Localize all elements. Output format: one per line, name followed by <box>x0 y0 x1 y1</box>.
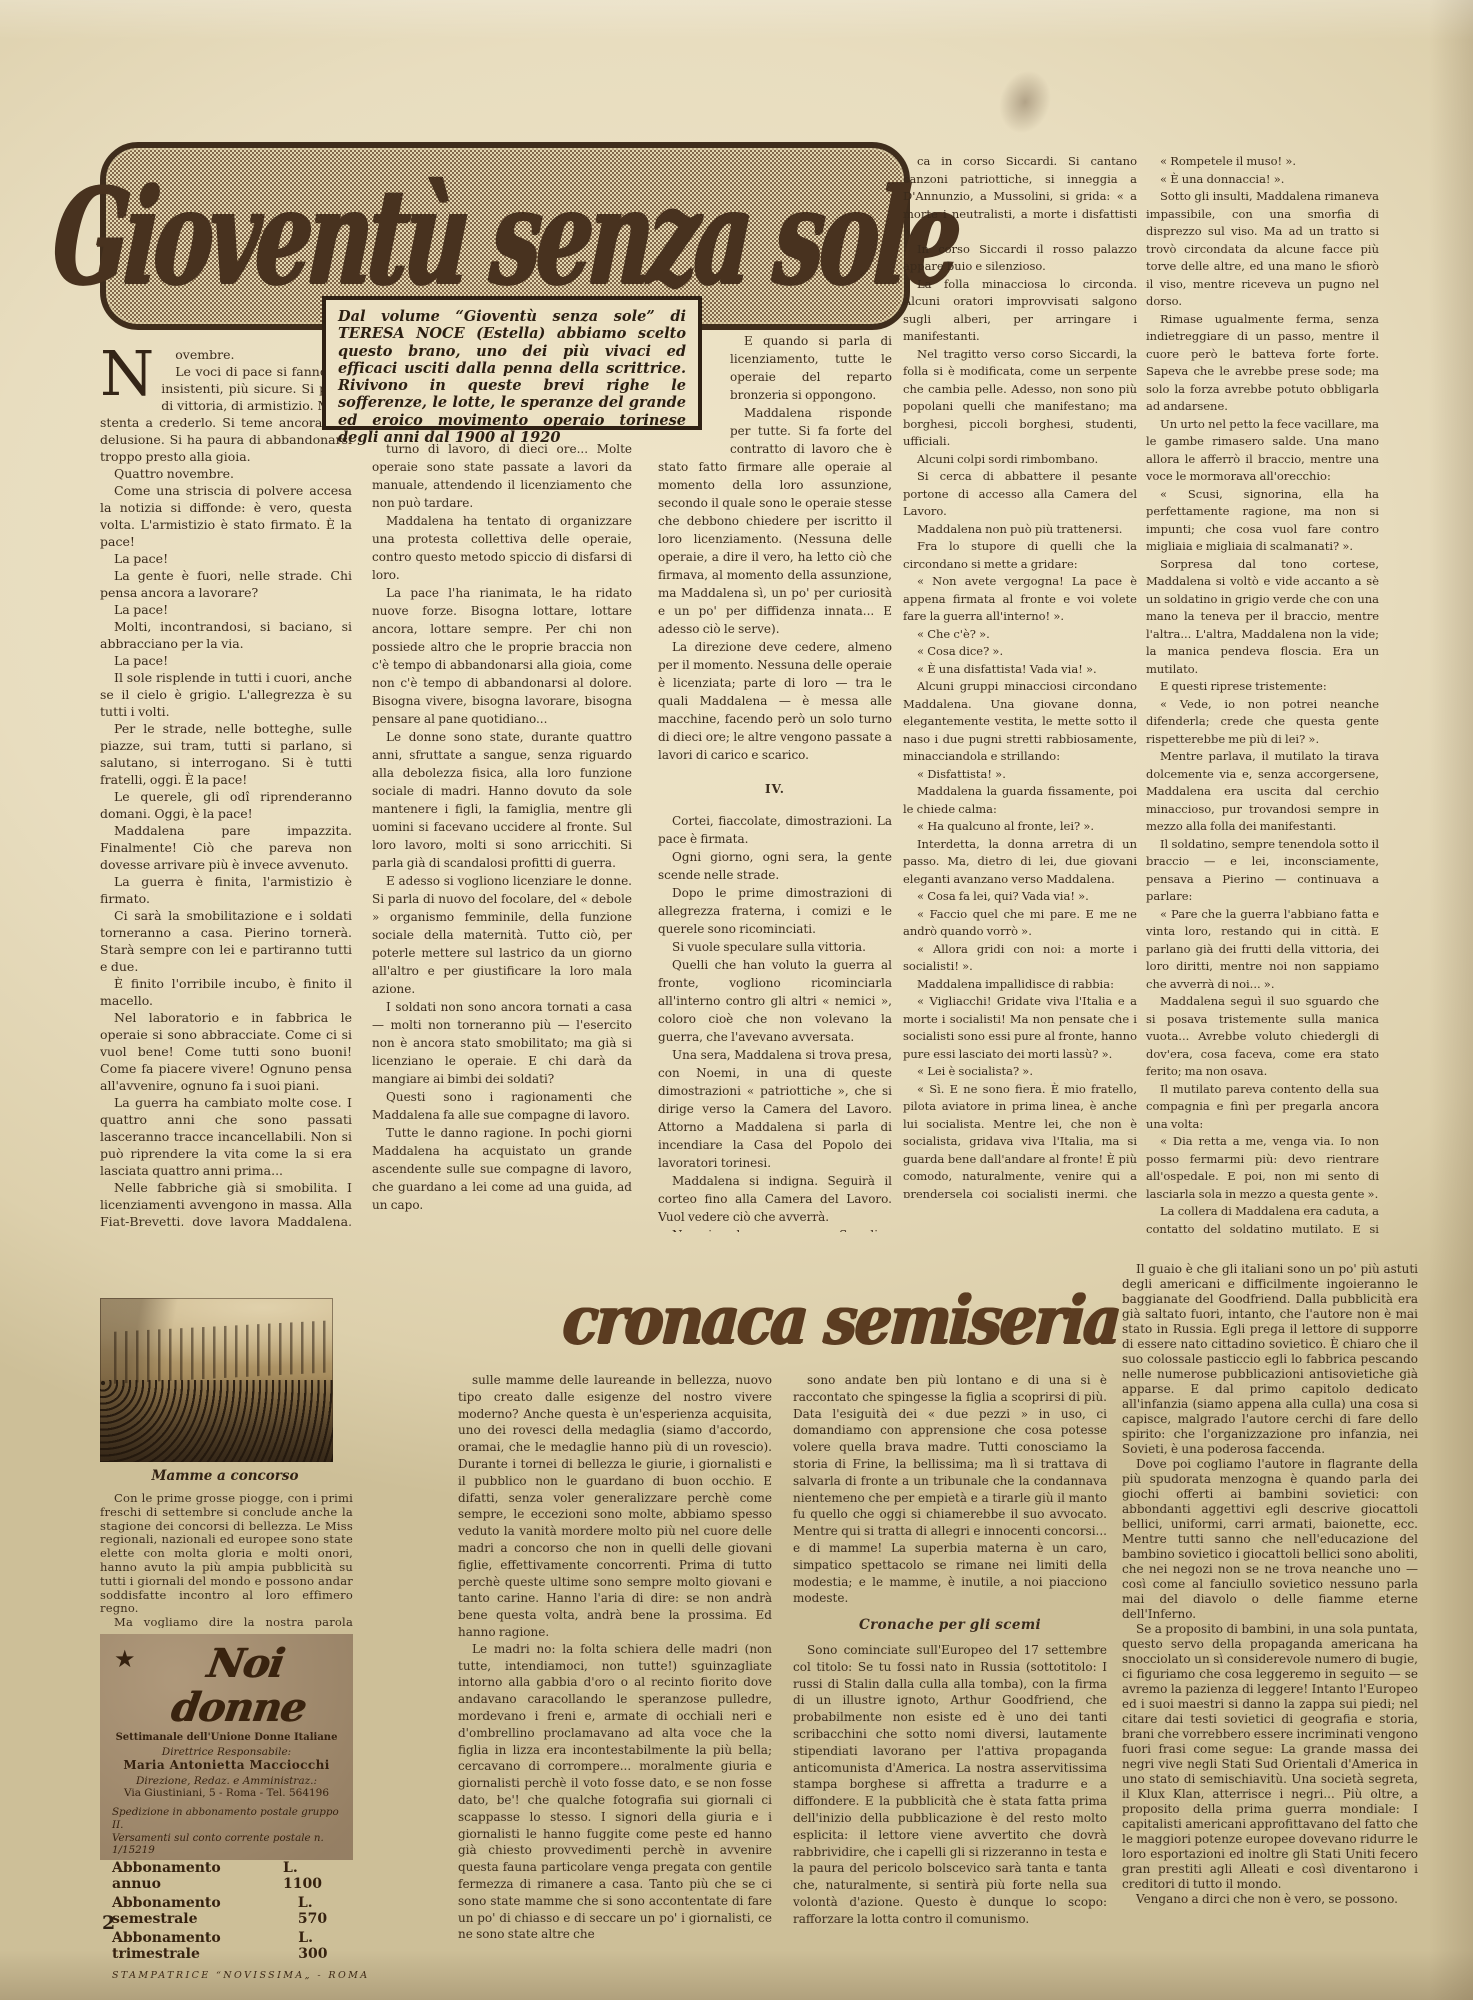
ad-header: ★ Noi donne <box>112 1642 341 1730</box>
ink-smudge <box>991 64 1058 140</box>
article-column-5-text: « Rompetele il muso! ».« È una donnaccia… <box>1146 153 1379 1238</box>
subscription-row: Abbonamento trimestrale L. 300 <box>112 1930 341 1962</box>
article-column-3-text-bottom: Cortei, fiaccolate, dimostrazioni. La pa… <box>658 812 892 1232</box>
article-title: Gioventù senza sole <box>48 158 961 314</box>
cronaca-column-2: sulle mamme delle laureande in bellezza,… <box>458 1372 772 1974</box>
article-column-4-text: ca in corso Siccardi. Si cantano canzoni… <box>903 153 1137 1198</box>
intro-text: Dal volume “Gioventù senza sole” di TERE… <box>338 308 686 446</box>
subscription-price: L. 1100 <box>283 1860 341 1892</box>
subscription-label: Abbonamento semestrale <box>112 1895 288 1927</box>
page-number: 2 <box>102 1912 115 1934</box>
scanned-magazine-page: { "page": { "number": "2" }, "article": … <box>0 0 1473 2000</box>
cronaca-column-1: Con le prime grosse piogge, con i primi … <box>100 1492 353 1628</box>
article-column-4: ca in corso Siccardi. Si cantano canzoni… <box>903 153 1137 1198</box>
cronaca-column-3-text-bottom: Sono cominciate sull'Europeo del 17 sett… <box>793 1642 1107 1928</box>
ad-printer-line: STAMPATRICE “NOVISSIMA„ - ROMA <box>112 1970 341 1981</box>
ad-postal-line-1: Spedizione in abbonamento postale gruppo… <box>112 1806 341 1832</box>
beauty-contest-photo <box>100 1298 333 1462</box>
cronaca-title-banner: cronaca semiseria <box>548 1280 1134 1360</box>
subscription-row: Abbonamento semestrale L. 570 <box>112 1895 341 1927</box>
article-column-5: « Rompetele il muso! ».« È una donnaccia… <box>1146 153 1379 1238</box>
ad-postal-line-2: Versamenti sul conto corrente postale n.… <box>112 1832 341 1858</box>
cronaca-column-3: sono andate ben più lontano e di una si … <box>793 1372 1107 1974</box>
star-icon: ★ <box>114 1646 136 1672</box>
noi-donne-ad: ★ Noi donne Settimanale dell'Unione Donn… <box>100 1634 353 1860</box>
ad-subtitle: Settimanale dell'Unione Donne Italiane <box>112 1732 341 1743</box>
cronaca-subheading: Cronache per gli scemi <box>793 1617 1107 1634</box>
article-column-3: E quando si parla di licenziamento, tutt… <box>658 332 892 1232</box>
subscription-label: Abbonamento trimestrale <box>112 1930 288 1962</box>
article-column-1-text: ovembre.Le voci di pace si fanno più ins… <box>100 346 352 1226</box>
dropcap-letter: N <box>100 346 161 399</box>
cronaca-title: cronaca semiseria <box>561 1281 1122 1359</box>
ad-director-label: Direttrice Responsabile: <box>112 1746 341 1758</box>
subscription-price: L. 570 <box>298 1895 341 1927</box>
subscription-label: Abbonamento annuo <box>112 1860 273 1892</box>
chapter-heading: IV. <box>658 780 892 798</box>
subscription-row: Abbonamento annuo L. 1100 <box>112 1860 341 1892</box>
cronaca-column-1-text: Con le prime grosse piogge, con i primi … <box>100 1492 353 1628</box>
cronaca-column-4-text: Il guaio è che gli italiani sono un po' … <box>1122 1262 1418 1907</box>
subscription-price: L. 300 <box>298 1930 341 1962</box>
cronaca-column-3-text-top: sono andate ben più lontano e di una si … <box>793 1372 1107 1607</box>
article-column-2-text: turno di lavoro, di dieci ore... Molte o… <box>372 440 632 1214</box>
article-column-1: N ovembre.Le voci di pace si fanno più i… <box>100 346 352 1226</box>
intro-box: Dal volume “Gioventù senza sole” di TERE… <box>322 296 702 430</box>
cronaca-column-2-text: sulle mamme delle laureande in bellezza,… <box>458 1372 772 1943</box>
ad-address-label: Direzione, Redaz. e Amministraz.: <box>112 1775 341 1787</box>
photo-caption: Mamme a concorso <box>100 1468 350 1484</box>
cronaca-column-4: Il guaio è che gli italiani sono un po' … <box>1122 1262 1418 1914</box>
ad-address: Via Giustiniani, 5 - Roma - Tel. 564196 <box>112 1787 341 1799</box>
ad-title: Noi donne <box>135 1642 348 1730</box>
article-column-2: turno di lavoro, di dieci ore... Molte o… <box>372 440 632 1230</box>
ad-director-name: Maria Antonietta Macciocchi <box>112 1758 341 1772</box>
